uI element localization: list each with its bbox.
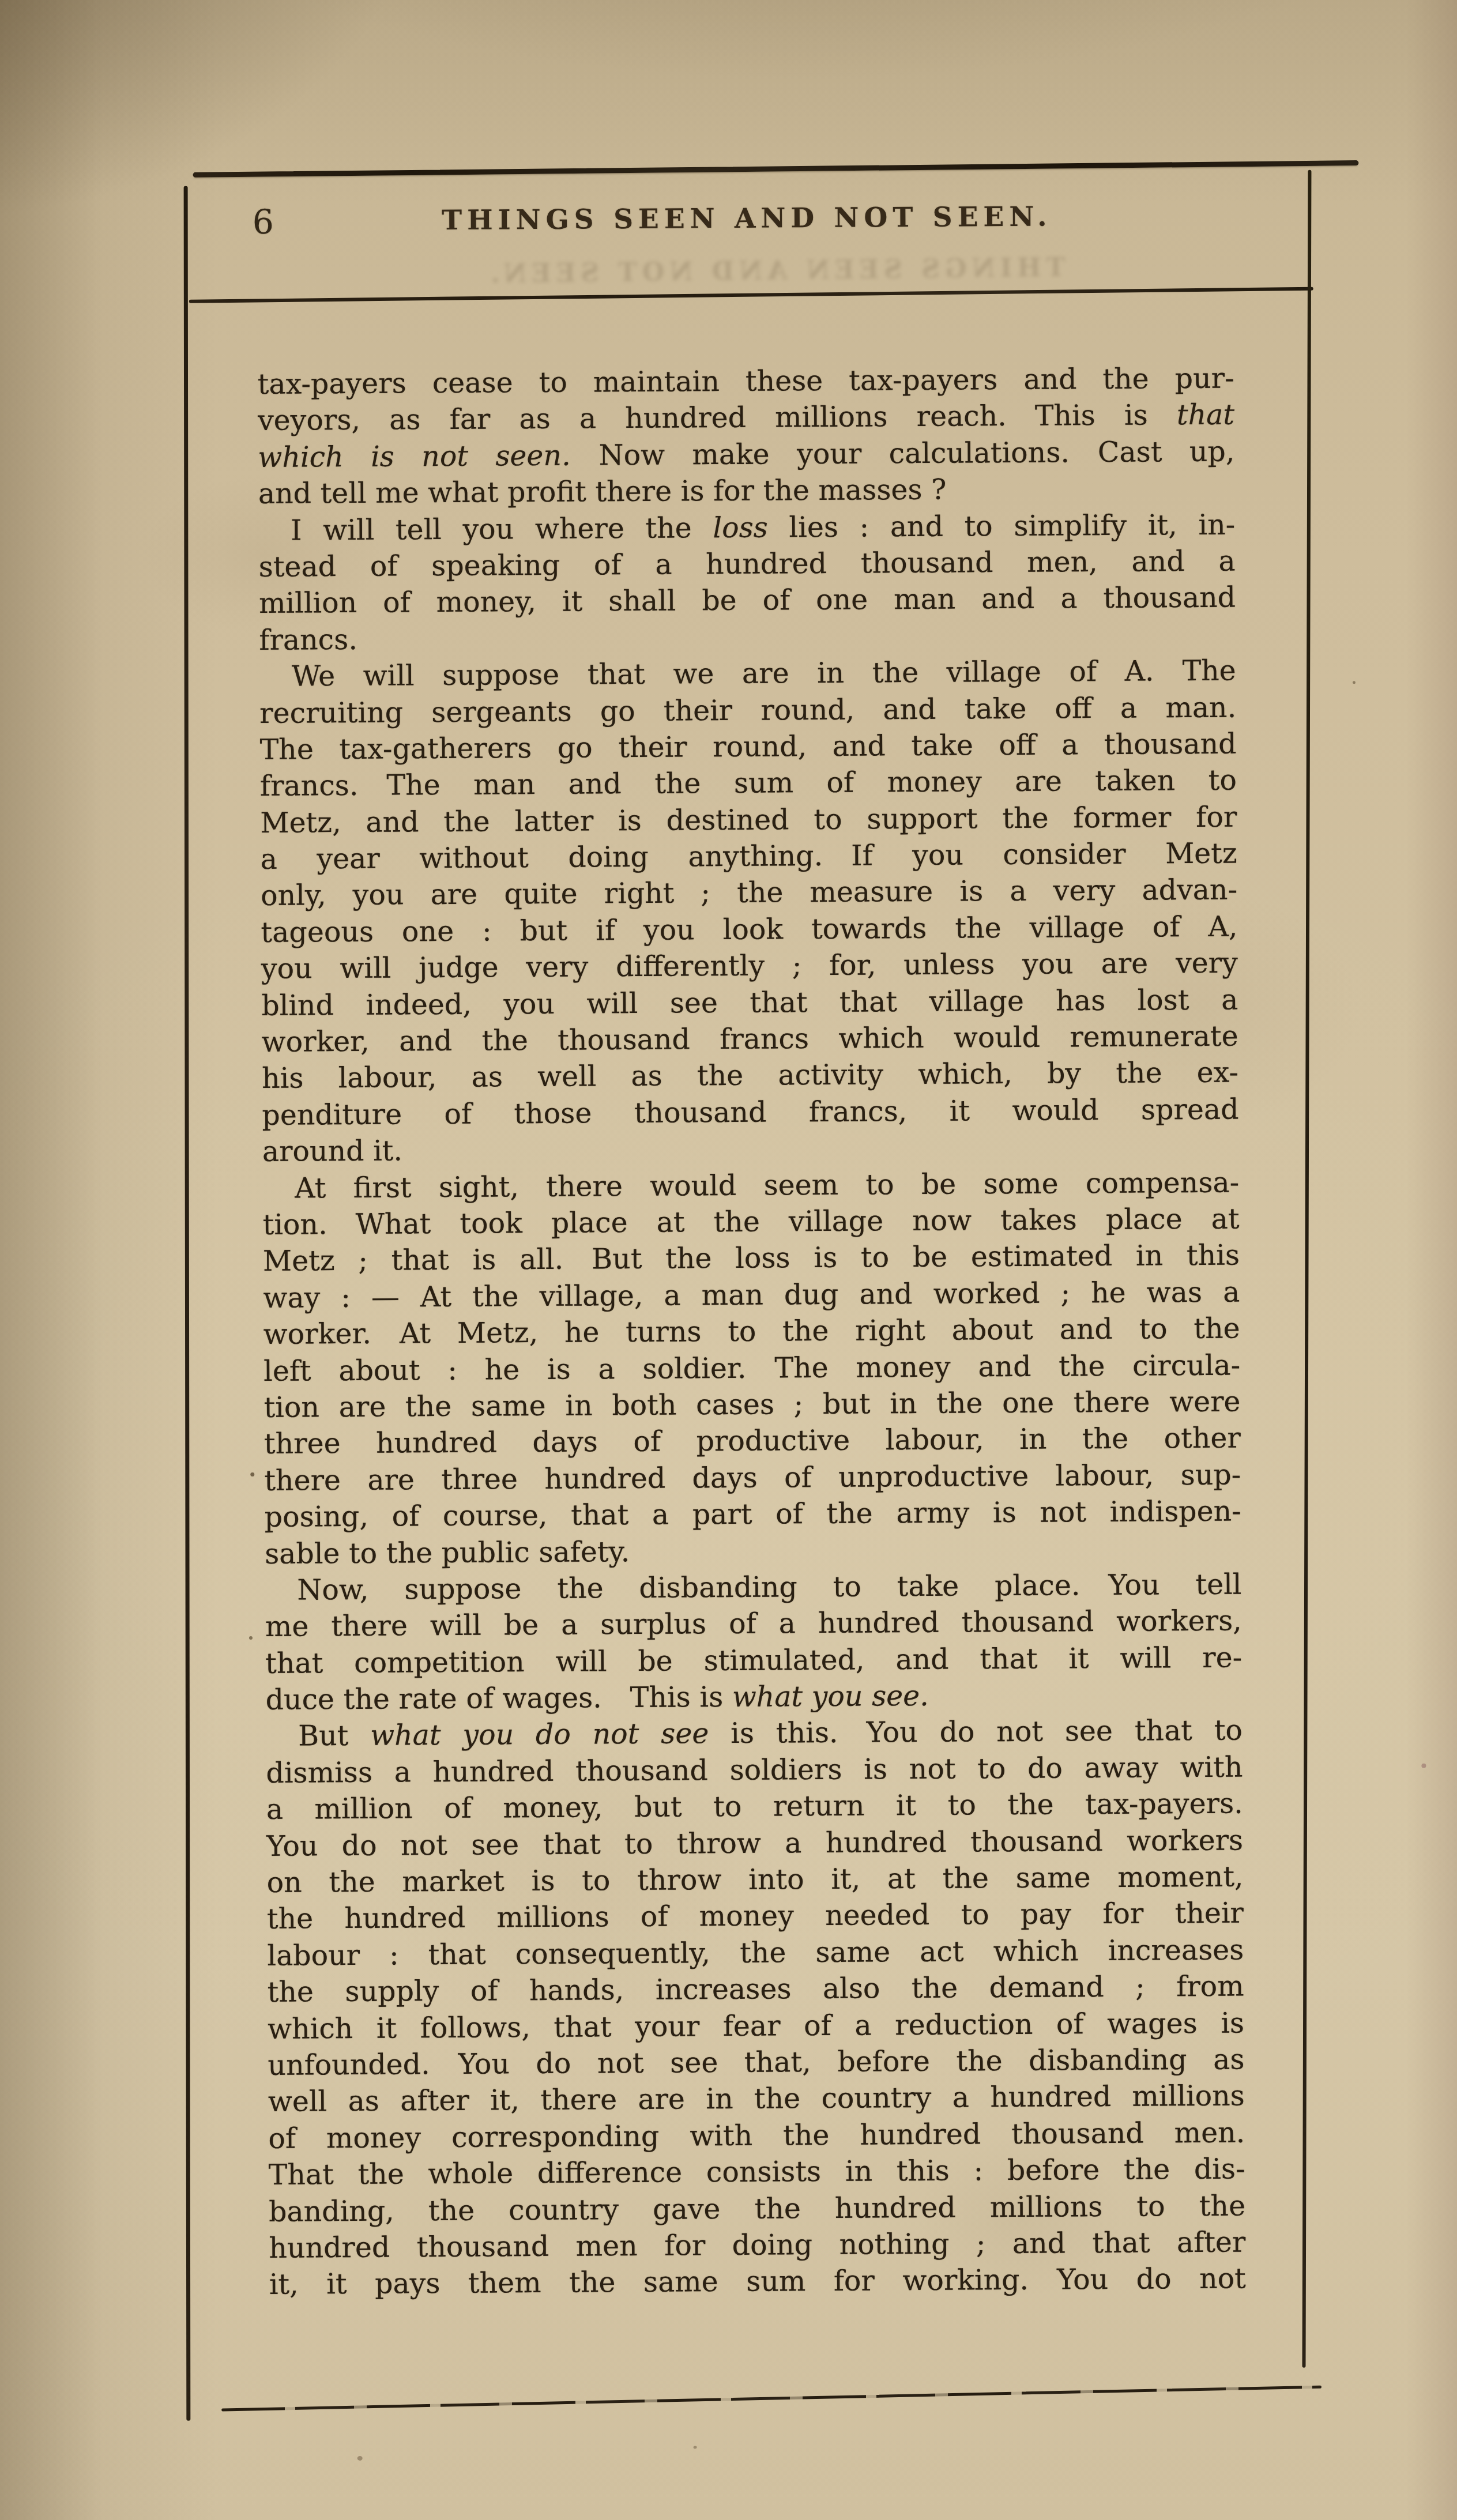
ink-speck	[1353, 681, 1356, 684]
ink-speck	[250, 1472, 254, 1476]
text-segment: well as after it, there are in the count…	[268, 2080, 1245, 2118]
text-line: The tax-gatherers go their round, and ta…	[259, 726, 1236, 769]
text-segment: At first sight, there would seem to be s…	[295, 1166, 1239, 1204]
text-line: his labour, as well as the activity whic…	[262, 1054, 1238, 1097]
text-line: of money corresponding with the hundred …	[268, 2114, 1245, 2157]
text-line: But what you do not see is this. You do …	[266, 1712, 1243, 1755]
text-segment: of money corresponding with the hundred …	[268, 2116, 1245, 2154]
body-text: tax-payers cease to maintain these tax-p…	[258, 360, 1246, 2303]
text-segment: I will tell you where the	[291, 511, 713, 547]
text-line: That the whole difference consists in th…	[268, 2151, 1245, 2194]
italic-text-segment: which is not seen.	[258, 439, 571, 473]
ink-speck	[694, 2446, 697, 2449]
italic-text-segment: what you do not see	[370, 1717, 709, 1753]
text-segment: only, you are quite right ; the measure …	[261, 873, 1237, 912]
text-segment: Now make your calculations. Cast up,	[570, 435, 1234, 472]
text-segment: on the market is to throw into it, at th…	[266, 1860, 1243, 1899]
text-line: Metz, and the latter is destined to supp…	[260, 798, 1237, 841]
text-segment: me there will be a surplus of a hundred …	[265, 1604, 1242, 1643]
text-segment: We will suppose that we are in the villa…	[292, 654, 1236, 693]
text-line: well as after it, there are in the count…	[268, 2078, 1245, 2120]
text-line: that competition will be stimulated, and…	[265, 1639, 1242, 1682]
text-segment: posing, of course, that a part of the ar…	[265, 1495, 1241, 1534]
text-line: hundred thousand men for doing nothing ;…	[269, 2224, 1245, 2266]
text-segment: labour : that consequently, the same act…	[267, 1933, 1244, 1972]
text-segment: way : — At the village, a man dug and wo…	[263, 1275, 1240, 1314]
text-line: Now, suppose the disbanding to take plac…	[265, 1566, 1241, 1609]
text-line: tion. What took place at the village now…	[262, 1201, 1239, 1244]
text-segment: That the whole difference consists in th…	[269, 2153, 1245, 2191]
text-segment: the hundred millions of money needed to …	[267, 1897, 1244, 1935]
text-segment: tion are the same in both cases ; but in…	[263, 1385, 1240, 1424]
text-line: Metz ; that is all. But the loss is to b…	[263, 1237, 1240, 1280]
text-line: the supply of hands, increases also the …	[268, 1968, 1244, 2011]
text-segment: francs. The man and the sum of money are…	[260, 764, 1237, 803]
text-line: You do not see that to throw a hundred t…	[266, 1822, 1243, 1864]
text-segment: sable to the public safety.	[265, 1535, 630, 1570]
text-line: it, it pays them the same sum for workin…	[269, 2261, 1246, 2303]
italic-text-segment: that	[1177, 398, 1235, 432]
text-line: million of money, it shall be of one man…	[259, 579, 1236, 622]
text-segment: there are three hundred days of unproduc…	[264, 1458, 1241, 1497]
text-segment: hundred thousand men for doing nothing ;…	[269, 2225, 1245, 2264]
top-rule	[193, 160, 1358, 178]
italic-text-segment: what you see.	[732, 1679, 929, 1713]
ink-speck	[1421, 1764, 1426, 1768]
text-segment: tax-payers cease to maintain these tax-p…	[258, 362, 1234, 401]
text-line: dismiss a hundred thousand soldiers is n…	[266, 1749, 1243, 1791]
page-header: 6 THINGS SEEN AND NOT SEEN.	[185, 191, 1310, 262]
running-header: THINGS SEEN AND NOT SEEN.	[185, 199, 1309, 238]
text-line: tion are the same in both cases ; but in…	[263, 1384, 1240, 1426]
text-line: only, you are quite right ; the measure …	[261, 872, 1237, 914]
text-line: worker, and the thousand francs which wo…	[261, 1018, 1238, 1061]
text-segment: is this. You do not see that to	[709, 1714, 1243, 1750]
text-segment: The tax-gatherers go their round, and ta…	[259, 728, 1236, 766]
text-line: the hundred millions of money needed to …	[267, 1895, 1244, 1938]
text-line: penditure of those thousand francs, it w…	[262, 1091, 1238, 1133]
text-line: duce the rate of wages. This is what you…	[265, 1676, 1242, 1719]
page-content: 6 THINGS SEEN AND NOT SEEN. THINGS SEEN …	[0, 0, 1457, 2520]
text-line: tageous one : but if you look towards th…	[261, 908, 1237, 951]
italic-text-segment: loss	[713, 511, 768, 544]
text-segment: three hundred days of productive labour,…	[264, 1422, 1241, 1460]
text-segment: Now, suppose the disbanding to take plac…	[297, 1568, 1241, 1606]
text-line: We will suppose that we are in the villa…	[259, 653, 1236, 695]
text-line: unfounded. You do not see that, before t…	[268, 2041, 1244, 2084]
text-segment: around it.	[262, 1135, 402, 1168]
text-segment: blind indeed, you will see that that vil…	[261, 983, 1238, 1022]
text-line: tax-payers cease to maintain these tax-p…	[258, 360, 1234, 403]
text-line: me there will be a surplus of a hundred …	[265, 1603, 1242, 1645]
text-segment: his labour, as well as the activity whic…	[262, 1056, 1238, 1095]
text-segment: left about : he is a soldier. The money …	[263, 1348, 1240, 1387]
text-line: francs. The man and the sum of money are…	[260, 762, 1237, 805]
right-border-rule	[1302, 170, 1311, 2368]
text-line: which is not seen. Now make your calcula…	[258, 433, 1234, 476]
text-segment: tion. What took place at the village now…	[262, 1203, 1239, 1241]
text-segment: it, it pays them the same sum for workin…	[269, 2262, 1246, 2301]
text-line: around it.	[262, 1128, 1239, 1170]
text-segment: the supply of hands, increases also the …	[268, 1970, 1244, 2009]
text-line: a million of money, but to return it to …	[266, 1786, 1243, 1828]
bottom-rule	[221, 2386, 1322, 2412]
text-line: on the market is to throw into it, at th…	[266, 1859, 1243, 1901]
text-segment: penditure of those thousand francs, it w…	[262, 1093, 1238, 1131]
text-segment: duce the rate of wages. This is	[265, 1681, 732, 1716]
text-segment: and tell me what profit there is for the…	[258, 473, 947, 510]
text-line: posing, of course, that a part of the ar…	[265, 1493, 1241, 1536]
left-border-rule	[184, 186, 191, 2421]
text-line: way : — At the village, a man dug and wo…	[263, 1274, 1240, 1316]
text-segment: unfounded. You do not see that, before t…	[268, 2043, 1244, 2082]
text-segment: Metz ; that is all. But the loss is to b…	[263, 1239, 1240, 1278]
text-segment: lies : and to simplify it, in-	[768, 508, 1236, 544]
ink-speck	[357, 2456, 363, 2461]
text-line: I will tell you where the loss lies : an…	[258, 506, 1235, 549]
text-segment: stead of speaking of a hundred thousand …	[258, 545, 1235, 583]
text-line: a year without doing anything. If you co…	[261, 835, 1237, 878]
text-line: blind indeed, you will see that that vil…	[261, 981, 1238, 1024]
text-line: veyors, as far as a hundred millions rea…	[258, 397, 1234, 439]
text-line: At first sight, there would seem to be s…	[262, 1164, 1239, 1207]
text-segment: you will judge very differently ; for, u…	[261, 947, 1238, 985]
text-line: banding, the country gave the hundred mi…	[269, 2187, 1245, 2230]
scanned-book-page: { "colors": { "paper": "#cfc0a0", "ink":…	[0, 0, 1457, 2520]
text-segment: that competition will be stimulated, and…	[265, 1641, 1242, 1679]
text-line: three hundred days of productive labour,…	[264, 1420, 1241, 1463]
text-segment: veyors, as far as a hundred millions rea…	[258, 399, 1177, 438]
text-line: there are three hundred days of unproduc…	[264, 1456, 1241, 1499]
text-segment: recruiting sergeants go their round, and…	[259, 691, 1236, 729]
text-line: labour : that consequently, the same act…	[267, 1931, 1244, 1974]
text-line: worker. At Metz, he turns to the right a…	[263, 1310, 1240, 1353]
text-segment: a million of money, but to return it to …	[266, 1787, 1243, 1826]
text-line: stead of speaking of a hundred thousand …	[258, 543, 1235, 586]
text-segment: You do not see that to throw a hundred t…	[266, 1824, 1243, 1862]
text-line: which it follows, that your fear of a re…	[268, 2005, 1244, 2047]
ink-speck	[249, 1636, 253, 1640]
text-segment: banding, the country gave the hundred mi…	[269, 2189, 1245, 2228]
text-segment: which it follows, that your fear of a re…	[268, 2006, 1244, 2045]
text-line: left about : he is a soldier. The money …	[263, 1347, 1240, 1389]
text-segment: tageous one : but if you look towards th…	[261, 910, 1237, 948]
text-segment: But	[298, 1719, 370, 1753]
text-line: francs.	[259, 616, 1236, 658]
text-segment: worker. At Metz, he turns to the right a…	[263, 1312, 1240, 1351]
text-segment: Metz, and the latter is destined to supp…	[260, 800, 1237, 839]
text-line: recruiting sergeants go their round, and…	[259, 689, 1236, 732]
text-segment: million of money, it shall be of one man…	[259, 581, 1236, 620]
text-segment: francs.	[259, 623, 357, 657]
text-line: you will judge very differently ; for, u…	[261, 945, 1238, 988]
text-line: and tell me what profit there is for the…	[258, 470, 1235, 513]
text-segment: dismiss a hundred thousand soldiers is n…	[266, 1750, 1243, 1789]
text-segment: a year without doing anything. If you co…	[261, 837, 1237, 876]
text-segment: worker, and the thousand francs which wo…	[262, 1020, 1238, 1059]
text-line: sable to the public safety.	[265, 1530, 1241, 1572]
